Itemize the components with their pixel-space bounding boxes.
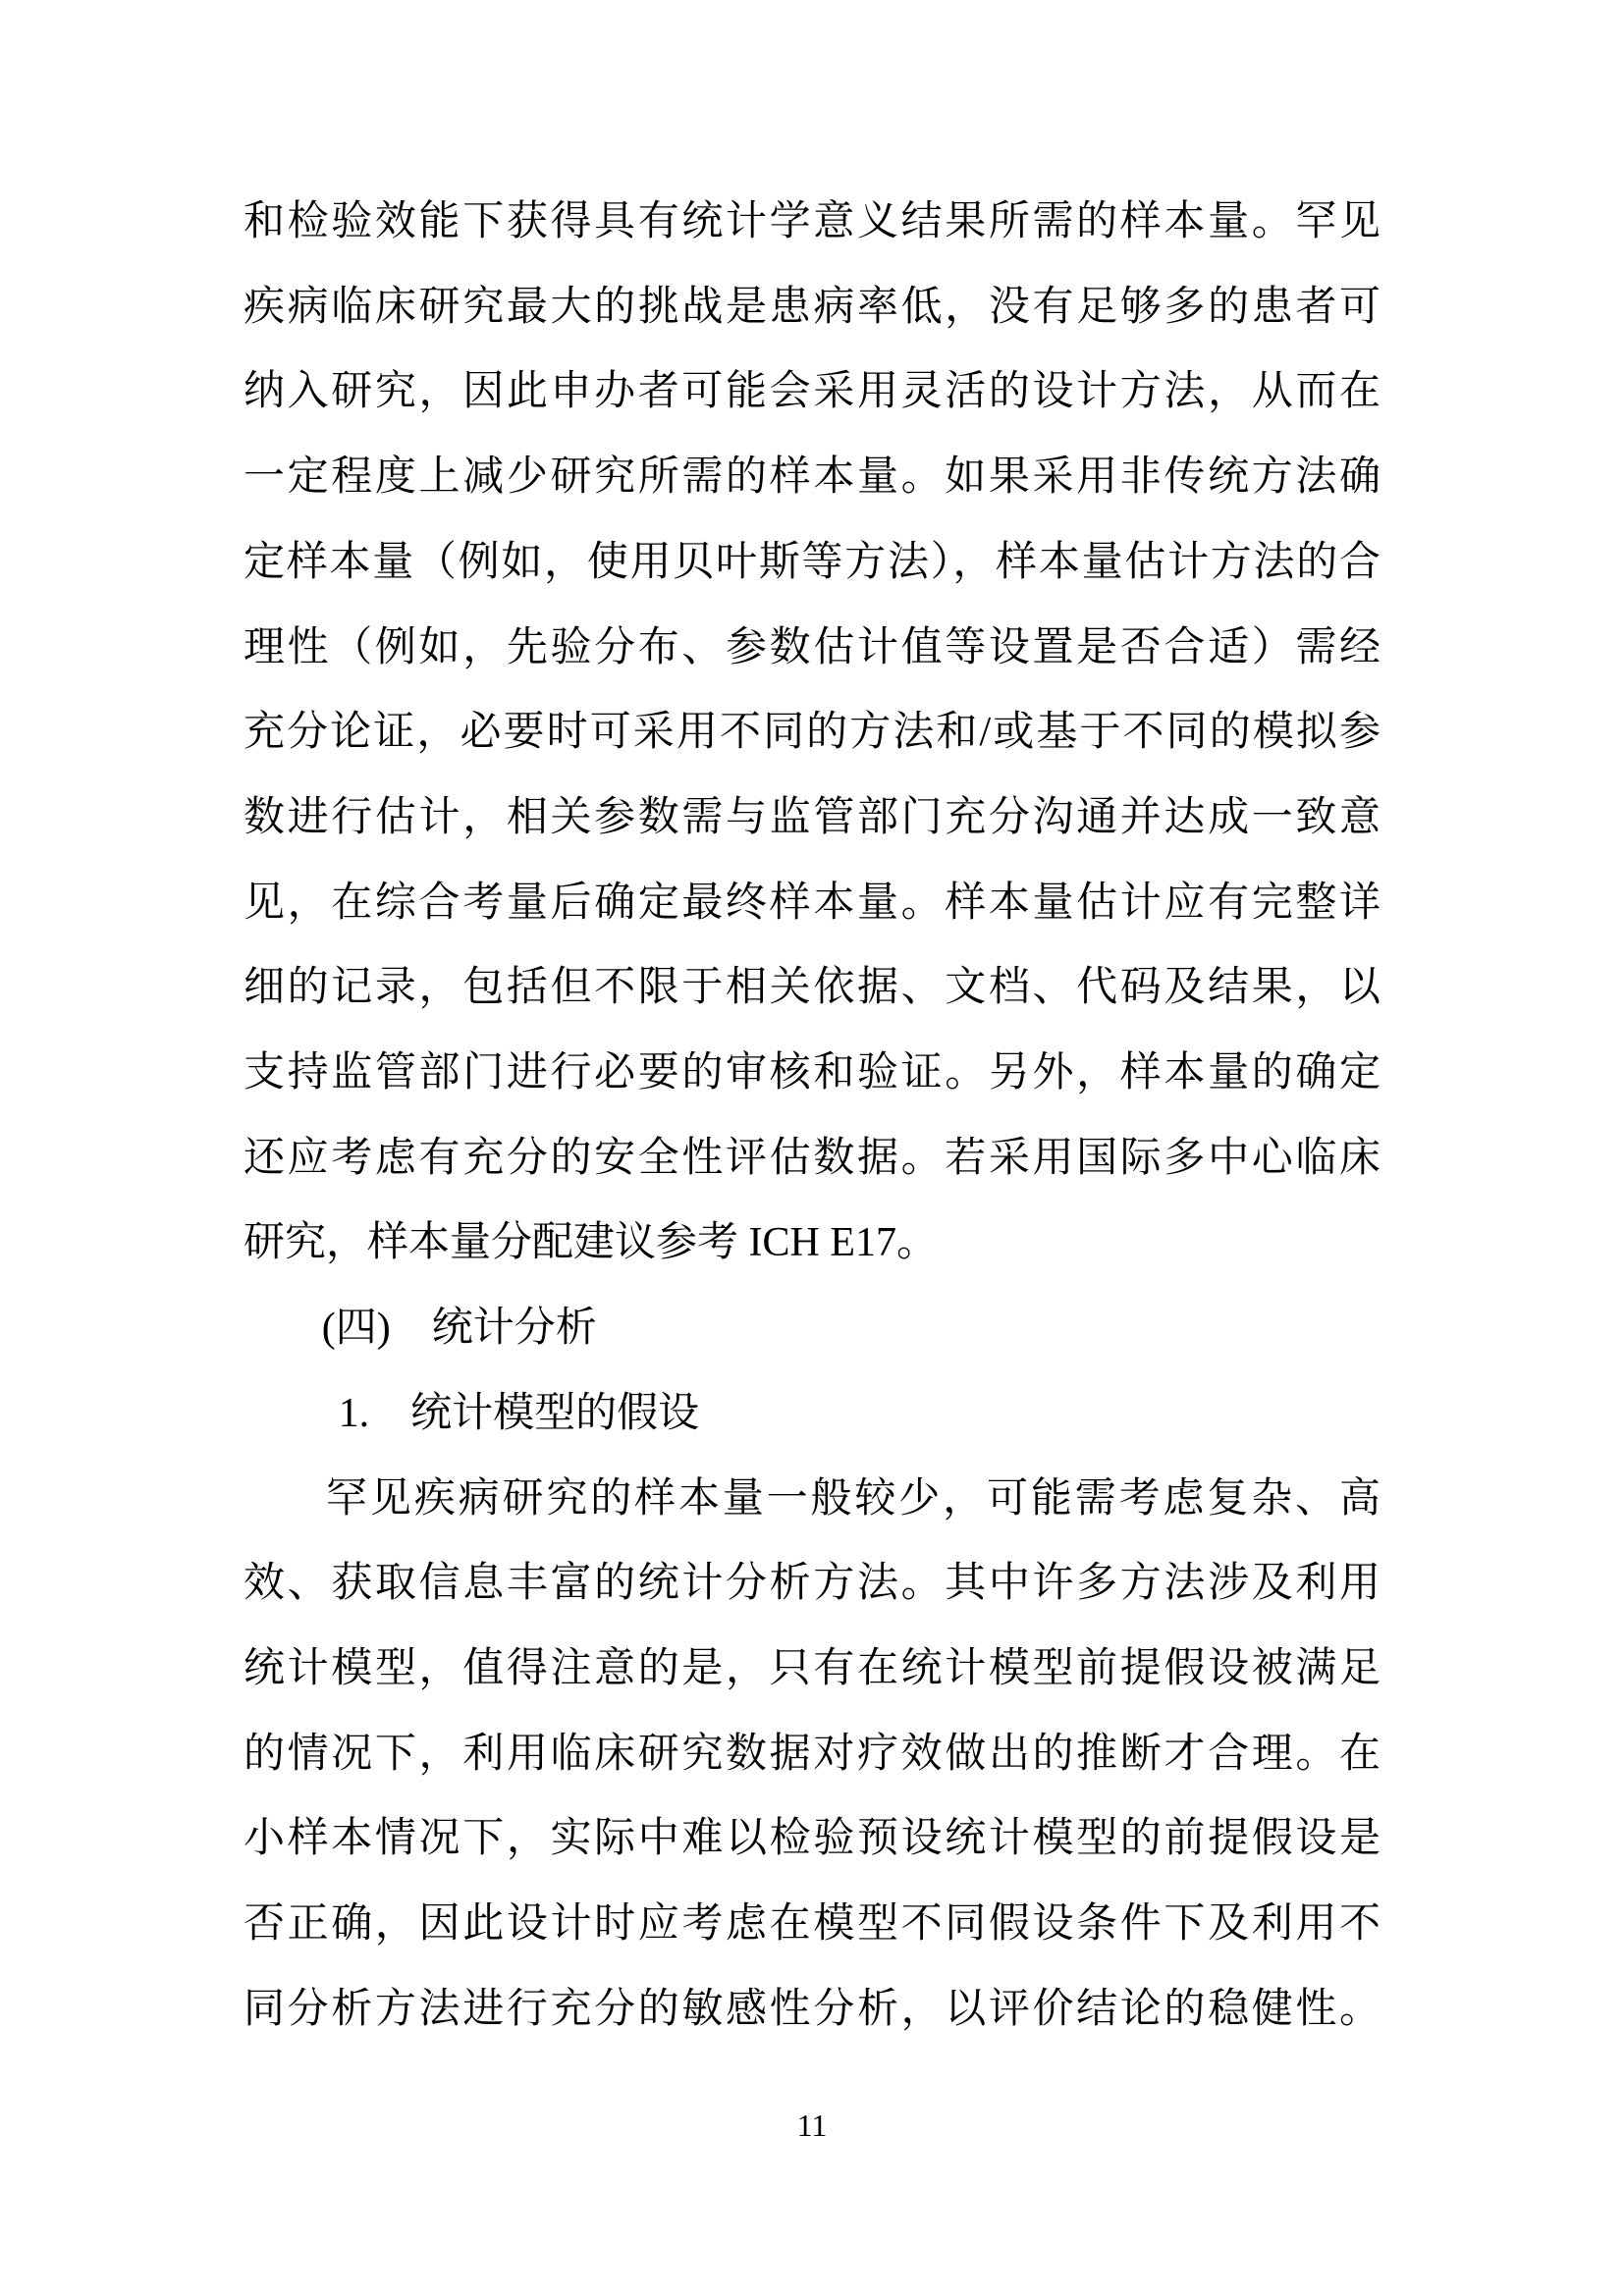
text-line: 一定程度上减少研究所需的样本量。如果采用非传统方法确	[244, 435, 1380, 520]
text-line: 充分论证，必要时可采用不同的方法和/或基于不同的模拟参	[244, 690, 1380, 775]
text-block: 和检验效能下获得具有统计学意义结果所需的样本量。罕见 疾病临床研究最大的挑战是患…	[244, 180, 1380, 2052]
text-line: 小样本情况下，实际中难以检验预设统计模型的前提假设是	[244, 1796, 1380, 1882]
text-line: 效、获取信息丰富的统计分析方法。其中许多方法涉及利用	[244, 1541, 1380, 1627]
text-line: 的情况下，利用临床研究数据对疗效做出的推断才合理。在	[244, 1712, 1380, 1797]
text-line: 研究，样本量分配建议参考 ICH E17。	[244, 1201, 1380, 1286]
subsection-heading: 1. 统计模型的假设	[244, 1371, 1380, 1457]
page-number: 11	[0, 2107, 1624, 2144]
text-line: 定样本量（例如，使用贝叶斯等方法），样本量估计方法的合	[244, 520, 1380, 606]
text-line: 同分析方法进行充分的敏感性分析，以评价结论的稳健性。	[244, 1967, 1380, 2053]
text-line: 罕见疾病研究的样本量一般较少，可能需考虑复杂、高	[244, 1457, 1380, 1542]
text-line: 理性（例如，先验分布、参数估计值等设置是否合适）需经	[244, 606, 1380, 691]
text-line: 否正确，因此设计时应考虑在模型不同假设条件下及利用不	[244, 1882, 1380, 1967]
text-line: 和检验效能下获得具有统计学意义结果所需的样本量。罕见	[244, 180, 1380, 265]
section-heading: (四) 统计分析	[244, 1286, 1380, 1371]
document-page: 和检验效能下获得具有统计学意义结果所需的样本量。罕见 疾病临床研究最大的挑战是患…	[0, 0, 1624, 2296]
text-line: 支持监管部门进行必要的审核和验证。另外，样本量的确定	[244, 1031, 1380, 1116]
text-line: 细的记录，包括但不限于相关依据、文档、代码及结果，以	[244, 945, 1380, 1031]
text-line: 见，在综合考量后确定最终样本量。样本量估计应有完整详	[244, 861, 1380, 946]
text-line: 统计模型，值得注意的是，只有在统计模型前提假设被满足	[244, 1627, 1380, 1712]
text-line: 纳入研究，因此申办者可能会采用灵活的设计方法，从而在	[244, 349, 1380, 435]
text-line: 数进行估计，相关参数需与监管部门充分沟通并达成一致意	[244, 775, 1380, 861]
text-line: 还应考虑有充分的安全性评估数据。若采用国际多中心临床	[244, 1116, 1380, 1201]
text-line: 疾病临床研究最大的挑战是患病率低，没有足够多的患者可	[244, 265, 1380, 350]
